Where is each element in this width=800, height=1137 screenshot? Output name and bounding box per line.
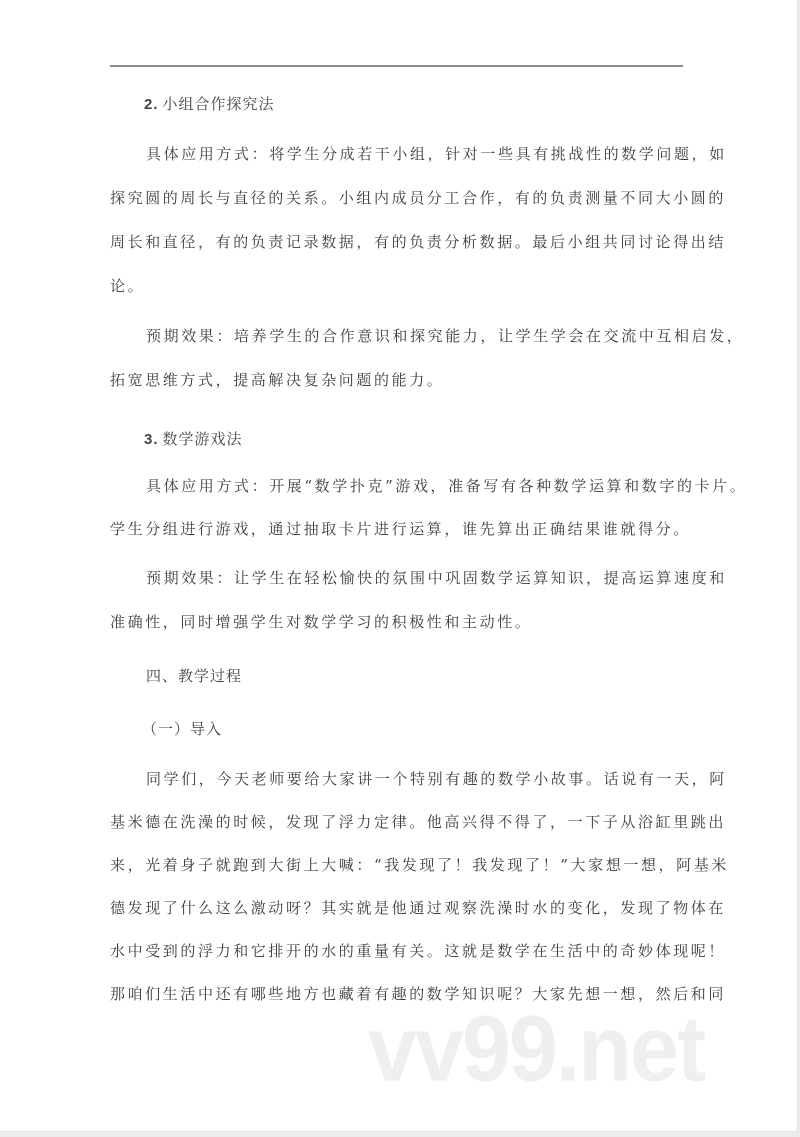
paragraph-line: 拓宽思维方式，提高解决复杂问题的能力。 bbox=[110, 369, 444, 390]
paragraph-line: 德发现了什么这么激动呀？其实就是他通过观察洗澡时水的变化，发现了物体在 bbox=[110, 897, 726, 918]
paragraph-line: 探究圆的周长与直径的关系。小组内成员分工合作，有的负责测量不同大小圆的 bbox=[110, 187, 726, 208]
heading-number: 3. bbox=[144, 431, 159, 448]
paragraph-line: 同学们，今天老师要给大家讲一个特别有趣的数学小故事。话说有一天，阿 bbox=[146, 768, 727, 789]
heading-text: 小组合作探究法 bbox=[163, 95, 275, 113]
paragraph-line: 具体应用方式：开展“数学扑克”游戏，准备写有各种数学运算和数字的卡片。 bbox=[146, 475, 747, 496]
paragraph-line: 来，光着身子就跑到大街上大喊：“我发现了！我发现了！”大家想一想，阿基米 bbox=[110, 854, 729, 875]
paragraph-line: 具体应用方式：将学生分成若干小组，针对一些具有挑战性的数学问题，如 bbox=[146, 143, 727, 164]
paragraph-line: 准确性，同时增强学生对数学学习的积极性和主动性。 bbox=[110, 611, 532, 632]
document-page: 2.小组合作探究法 具体应用方式：将学生分成若干小组，针对一些具有挑战性的数学问… bbox=[0, 0, 798, 1132]
header-rule bbox=[110, 65, 683, 67]
subsection-heading: （一）导入 bbox=[142, 718, 222, 739]
heading-text: 数学游戏法 bbox=[163, 430, 243, 448]
paragraph-line: 水中受到的浮力和它排开的水的重量有关。这就是数学在生活中的奇妙体现呢！ bbox=[110, 940, 726, 961]
paragraph-line: 预期效果：让学生在轻松愉快的氛围中巩固数学运算知识，提高运算速度和 bbox=[146, 567, 727, 588]
paragraph-line: 学生分组进行游戏，通过抽取卡片进行运算，谁先算出正确结果谁就得分。 bbox=[110, 518, 691, 539]
paragraph-line: 基米德在洗澡的时候，发现了浮力定律。他高兴得不得了，一下子从浴缸里跳出 bbox=[110, 811, 726, 832]
paragraph-line: 周长和直径，有的负责记录数据，有的负责分析数据。最后小组共同讨论得出结 bbox=[110, 231, 726, 252]
paragraph-line: 论。 bbox=[110, 275, 145, 296]
chapter-heading: 四、教学过程 bbox=[146, 665, 242, 686]
watermark: vv99.net bbox=[368, 995, 704, 1102]
section-heading-2: 2.小组合作探究法 bbox=[144, 93, 275, 114]
section-heading-3: 3.数学游戏法 bbox=[144, 428, 243, 449]
paragraph-line: 预期效果：培养学生的合作意识和探究能力，让学生学会在交流中互相启发， bbox=[146, 325, 744, 346]
heading-number: 2. bbox=[144, 96, 159, 113]
